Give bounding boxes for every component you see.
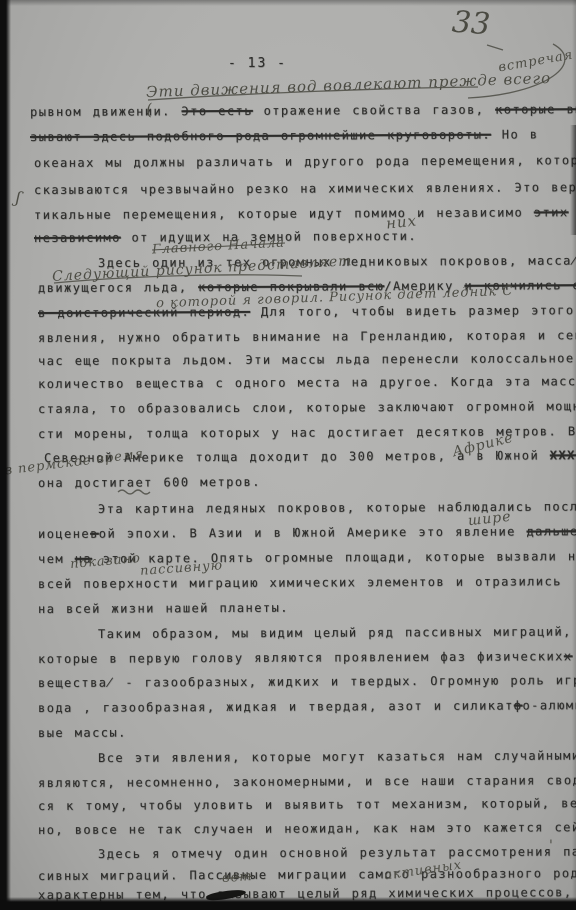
typed-line: явления, нужно обратить внимание на Грен… bbox=[38, 328, 576, 345]
typed-text: количество вещества с одного места на др… bbox=[38, 374, 576, 391]
ink-squiggle-dostigaet bbox=[118, 490, 150, 494]
typed-line: сивных миграций. Пассивные миграции само… bbox=[38, 866, 576, 883]
typed-text: но, вовсе не так случаен и неожидан, как… bbox=[38, 820, 576, 837]
typed-text: иоцене bbox=[38, 527, 90, 541]
handwritten-note: ( bbox=[145, 100, 155, 120]
typed-line: на всей жизни нашей планеты. bbox=[38, 601, 289, 616]
handwritten-note: ʃ bbox=[14, 188, 23, 208]
typed-text: она достигает 600 метров. bbox=[38, 475, 261, 490]
typed-text: ся к тому, чтобы уловить и выявить тот м… bbox=[38, 796, 576, 813]
typed-text: вые массы. bbox=[38, 726, 127, 740]
typed-line: вода , газообразная, жидкая и твердая, а… bbox=[38, 698, 576, 715]
typed-text: о-алюмини- bbox=[522, 698, 576, 712]
typed-line: ся к тому, чтобы уловить и выявить тот м… bbox=[38, 796, 576, 813]
typed-text: вода , газообразная, жидкая и твердая, а… bbox=[38, 699, 514, 715]
typed-text: Все эти явления, которые могут казаться … bbox=[98, 748, 576, 765]
typed-line: сказываются чрезвычайно резко на химичес… bbox=[34, 180, 576, 197]
typed-text: тикальные перемещения, которые идут поми… bbox=[34, 205, 534, 222]
typed-text: ой эпохи. В Азии и в Южной Америке это я… bbox=[99, 524, 527, 540]
typed-text: являются, несомненно, закономерными, и в… bbox=[38, 773, 576, 790]
scan-edge-right bbox=[570, 125, 576, 235]
typed-line: которые в первую голову являются проявле… bbox=[38, 649, 573, 666]
typed-line: всей поверхности миграцию химических эле… bbox=[38, 574, 562, 591]
typed-line: час еще покрыта льдом. Эти массы льда пе… bbox=[38, 351, 575, 368]
typed-line: тикальные перемещения, которые идут поми… bbox=[34, 205, 576, 222]
typed-text: которые в первую голову являются проявле… bbox=[38, 649, 564, 666]
struck-typed-text: этих bbox=[534, 205, 569, 219]
typed-text: стаяла, то образовались слои, которые за… bbox=[38, 399, 576, 416]
typed-text: Здесь я отмечу один основной результат р… bbox=[98, 844, 576, 861]
handwritten-note: вет bbox=[222, 869, 254, 886]
scan-edge-bottom bbox=[0, 897, 576, 910]
scan-edge-top bbox=[0, 0, 576, 6]
typed-line: но, вовсе не так случаен и неожидан, как… bbox=[38, 820, 576, 837]
struck-typed-text: в bbox=[90, 527, 99, 541]
typed-text: отражение свойства газов, bbox=[253, 103, 495, 118]
handwritten-note: Эти движения вод вовлекают прежде всего bbox=[146, 69, 552, 101]
struck-typed-text: дальше bbox=[526, 524, 576, 538]
handwritten-note: ' bbox=[549, 838, 554, 854]
typed-line: вещества̸ - газообразных, жидких и тверд… bbox=[38, 673, 576, 690]
scan-edge-left bbox=[0, 0, 11, 910]
typed-line: вые массы. bbox=[38, 726, 127, 740]
typed-text: океанах мы должны различать и другого ро… bbox=[34, 153, 576, 170]
struck-typed-text: независимо bbox=[34, 231, 121, 245]
ink-underline-33 bbox=[487, 45, 503, 50]
typed-line: Все эти явления, которые могут казаться … bbox=[98, 748, 576, 765]
handwritten-page-corner-number: 33 bbox=[451, 5, 492, 43]
typed-text: всей поверхности миграцию химических эле… bbox=[38, 574, 562, 591]
typed-line: рывном движении. Это есть отражение свой… bbox=[30, 102, 576, 119]
typed-line: стаяла, то образовались слои, которые за… bbox=[38, 399, 576, 416]
typed-line: являются, несомненно, закономерными, и в… bbox=[38, 773, 576, 790]
typed-text: час еще покрыта льдом. Эти массы льда пе… bbox=[38, 351, 575, 368]
typed-line: Таким образом, мы видим целый ряд пассив… bbox=[98, 625, 572, 641]
struck-typed-text: которые вы bbox=[495, 102, 576, 116]
typed-line: она достигает 600 метров. bbox=[38, 475, 261, 490]
typed-text: Таким образом, мы видим целый ряд пассив… bbox=[98, 625, 572, 641]
typed-line: Здесь я отмечу один основной результат р… bbox=[98, 844, 576, 861]
scanned-document-page: 33 - 13 - рывном движении. Это есть отра… bbox=[0, 0, 576, 910]
typed-text: явления, нужно обратить внимание на Грен… bbox=[38, 328, 576, 345]
typed-text: рывном движении. bbox=[30, 104, 182, 119]
struck-typed-text: Это есть bbox=[181, 104, 252, 118]
typed-text: Но в bbox=[491, 127, 538, 141]
typed-line: зывают здесь подобного рода огромнейшие … bbox=[30, 127, 539, 144]
handwritten-note: них bbox=[385, 211, 418, 232]
typed-page-number: - 13 - bbox=[228, 56, 287, 71]
struck-typed-text: зывают здесь подобного рода огромнейшие … bbox=[30, 128, 491, 144]
typed-line: количество вещества с одного места на др… bbox=[38, 374, 576, 391]
typed-line: океанах мы должны различать и другого ро… bbox=[34, 153, 576, 170]
typed-text: сивных миграций. Пассивные миграции само… bbox=[38, 866, 576, 883]
typed-line: иоценевой эпохи. В Азии и в Южной Америк… bbox=[38, 524, 576, 541]
typed-text: на всей жизни нашей планеты. bbox=[38, 601, 289, 616]
typed-text: сказываются чрезвычайно резко на химичес… bbox=[34, 180, 576, 197]
typed-text: вещества̸ - газообразных, жидких и тверд… bbox=[38, 673, 576, 690]
